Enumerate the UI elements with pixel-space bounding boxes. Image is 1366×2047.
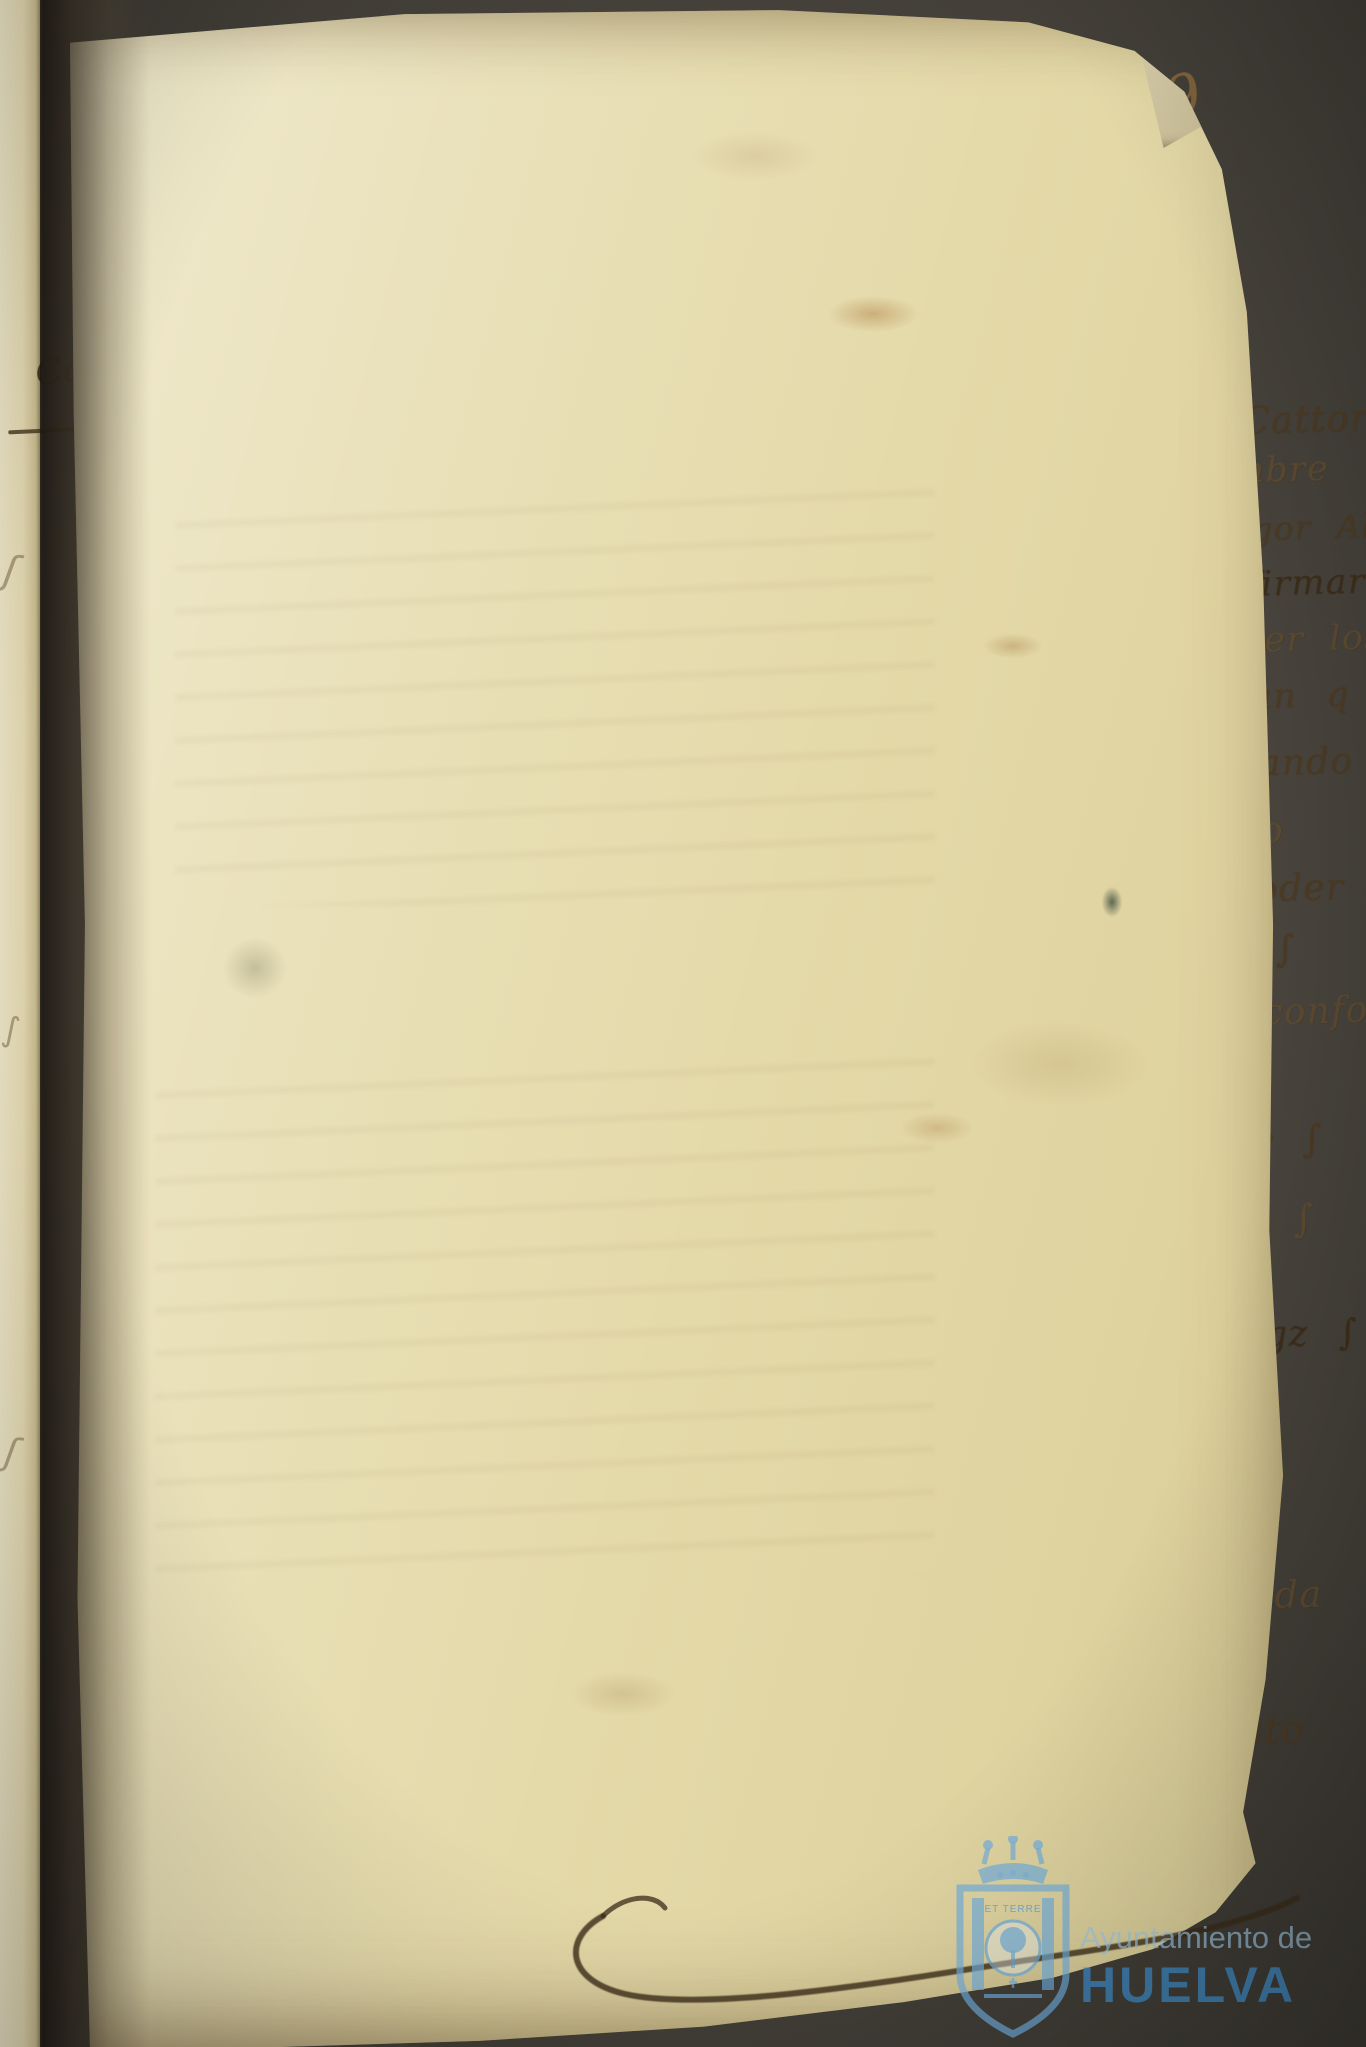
bleed-mark: ʃ	[0, 547, 20, 595]
bleed-mark: ʃ	[2, 1429, 21, 1474]
scanned-manuscript-photo: ʃ ∫ ʃ	[0, 0, 1366, 2047]
ink-bleedthrough	[175, 486, 935, 906]
facing-page-edge: ʃ ∫ ʃ	[0, 0, 42, 2047]
huelva-watermark: ET TERRE Ayuntamiento de HUELVA	[918, 1836, 1366, 2047]
watermark-shield-motto: ET TERRE	[984, 1904, 1041, 1915]
manuscript-page	[55, 6, 1303, 2047]
bleed-mark: ∫	[0, 1009, 23, 1051]
watermark-org-line1: Ayuntamiento de	[1080, 1920, 1312, 1955]
huelva-crest: ET TERRE	[960, 1836, 1066, 2034]
ink-bleedthrough	[155, 1056, 935, 1576]
watermark-org-line2: HUELVA	[1080, 1957, 1296, 2013]
